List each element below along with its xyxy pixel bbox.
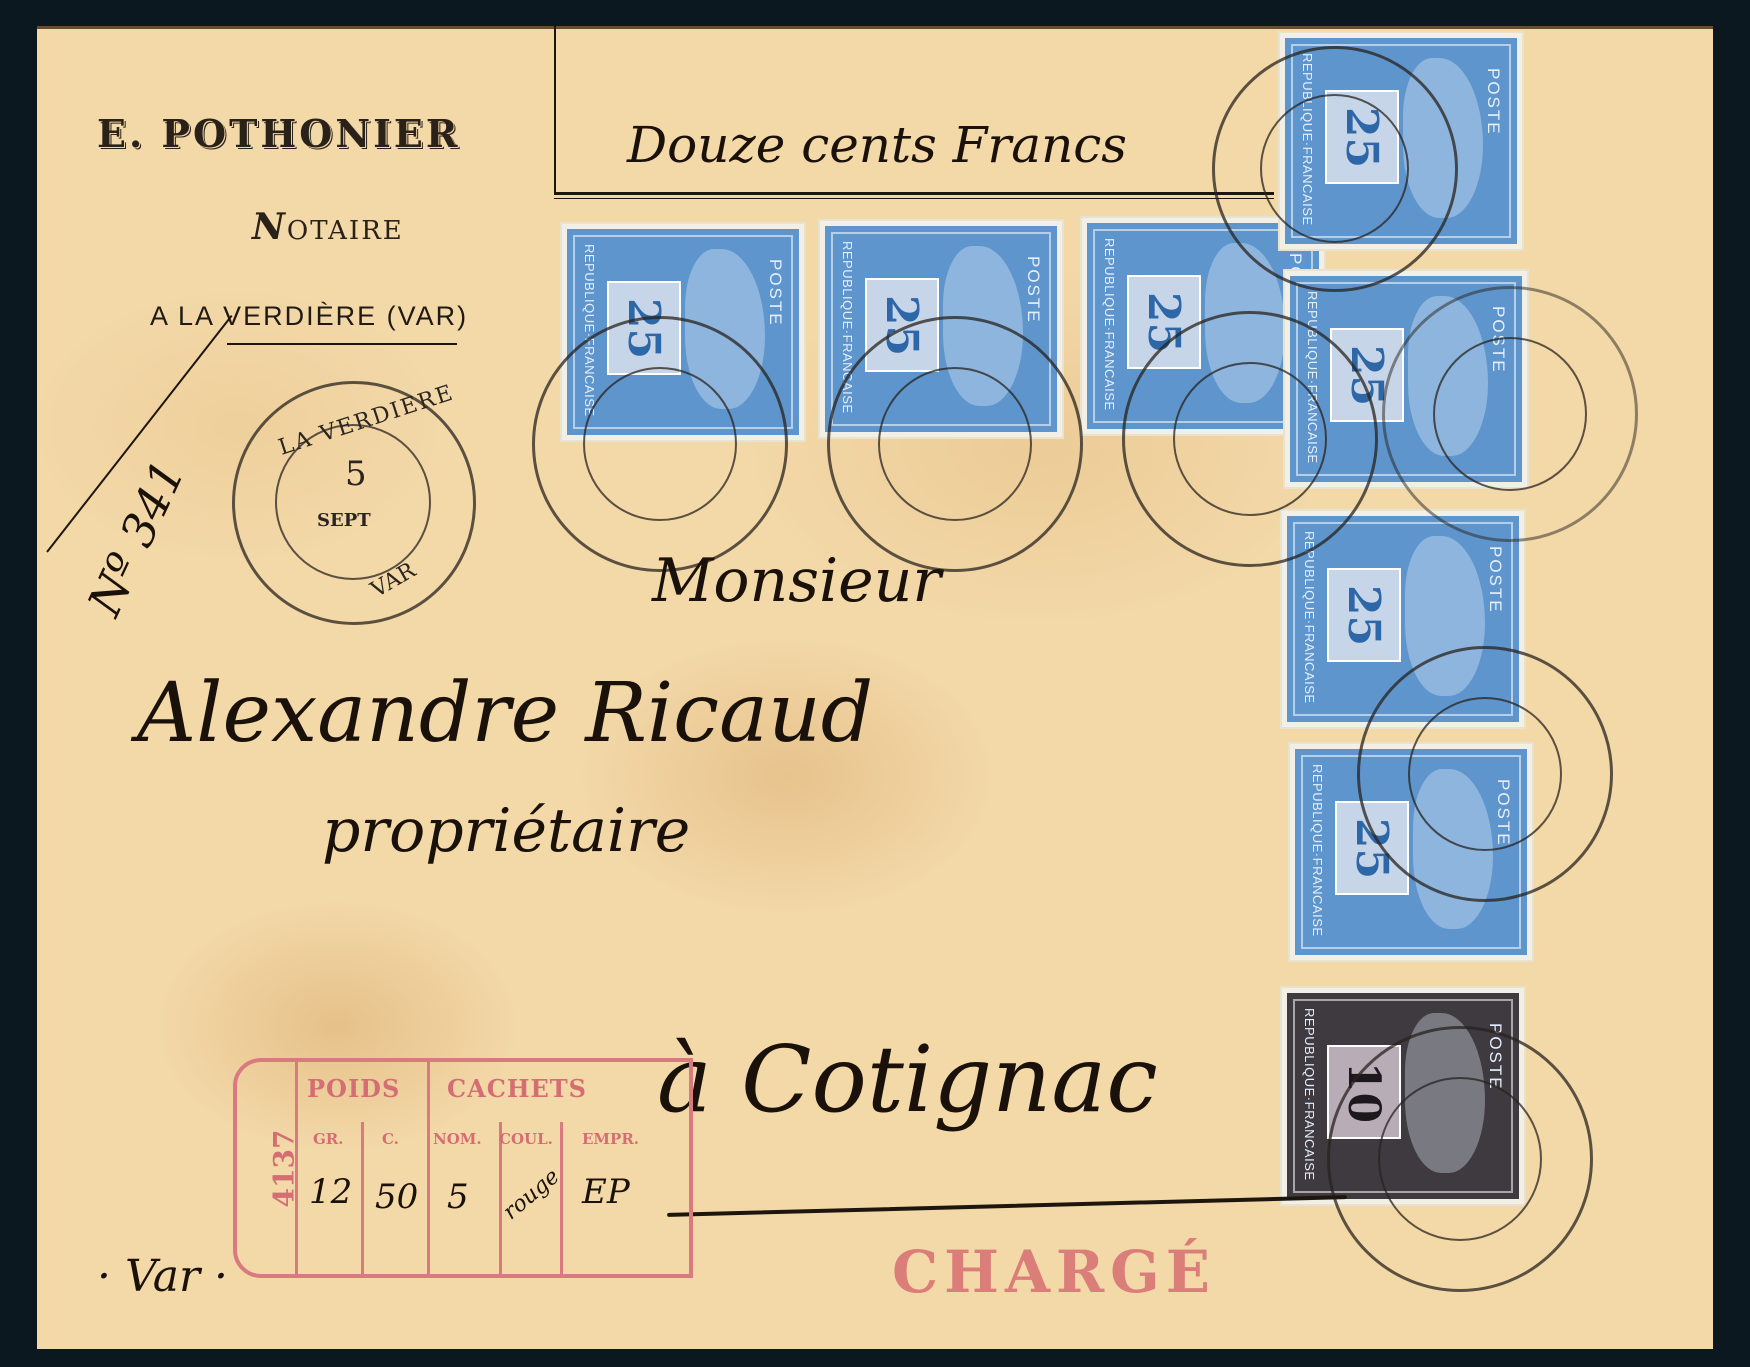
- sub-nombre: NOM.: [433, 1130, 482, 1148]
- destination-department: · Var ·: [97, 1251, 228, 1302]
- header-seals: CACHETS: [447, 1074, 587, 1103]
- registration-box: 4137 POIDS CACHETS GR. C. NOM. COUL. EMP…: [233, 1058, 693, 1278]
- recipient-name: Alexandre Ricaud: [137, 666, 873, 761]
- cancel-4: [1212, 46, 1458, 292]
- stamp-country: REPUBLIQUE·FRANCAISE: [1095, 233, 1117, 415]
- stamp-value: 25: [1338, 584, 1389, 645]
- profession-rest: OTAIRE: [287, 216, 404, 246]
- destination-town: à Cotignac: [657, 1026, 1158, 1133]
- entry-empreinte: EP: [582, 1172, 630, 1212]
- cancel-6: [1357, 646, 1613, 902]
- entry-couleur: rouge: [499, 1164, 565, 1225]
- stamp-label: POSTE: [765, 259, 785, 327]
- cancel-1: [532, 316, 788, 572]
- entry-nombre: 5: [447, 1177, 469, 1217]
- cancel-7: [1327, 1026, 1593, 1292]
- stamp-label: POSTE: [1023, 256, 1043, 324]
- sender-name: E. POTHONIER: [97, 111, 460, 156]
- stamp-country: REPUBLIQUE·FRANCAISE: [1295, 1003, 1317, 1185]
- declared-value: Douze cents Francs: [627, 116, 1127, 174]
- postmark-month: SEPT: [317, 510, 371, 531]
- town-postmark: LA VERDIERE 5 SEPT VAR: [232, 381, 476, 625]
- envelope-cover: E. POTHONIER NOTAIRE A LA VERDIÈRE (VAR)…: [37, 26, 1713, 1349]
- postmark-day: 5: [345, 454, 367, 494]
- header-weight: POIDS: [307, 1074, 400, 1103]
- entry-centigrams: 50: [375, 1177, 418, 1217]
- salutation: Monsieur: [652, 546, 941, 616]
- sender-profession: NOTAIRE: [252, 206, 404, 248]
- profession-initial: N: [252, 206, 287, 248]
- stamp-label: POSTE: [1483, 68, 1503, 136]
- cancel-3: [1122, 311, 1378, 567]
- value-box-bottom-rule: [554, 192, 1274, 195]
- value-box-left-rule: [554, 26, 556, 194]
- stamp-country: REPUBLIQUE·FRANCAISE: [1303, 759, 1325, 941]
- flourish-rule: [227, 343, 457, 345]
- charge-stamp: CHARGÉ: [892, 1238, 1216, 1306]
- sub-empreinte: EMPR.: [582, 1130, 639, 1148]
- sub-grams: GR.: [313, 1130, 344, 1148]
- sub-centigrams: C.: [382, 1130, 399, 1148]
- value-box-bottom-rule-2: [554, 198, 1274, 199]
- cancel-2: [827, 316, 1083, 572]
- entry-grams: 12: [309, 1172, 352, 1212]
- sub-couleur: COUL.: [499, 1130, 553, 1148]
- stamp-label: POSTE: [1485, 546, 1505, 614]
- destination-underline: [667, 1195, 1347, 1217]
- registration-number: Nº 341: [77, 452, 195, 624]
- recipient-occupation: propriétaire: [322, 796, 690, 866]
- cancel-5: [1382, 286, 1638, 542]
- sender-town: A LA VERDIÈRE (VAR): [150, 301, 468, 332]
